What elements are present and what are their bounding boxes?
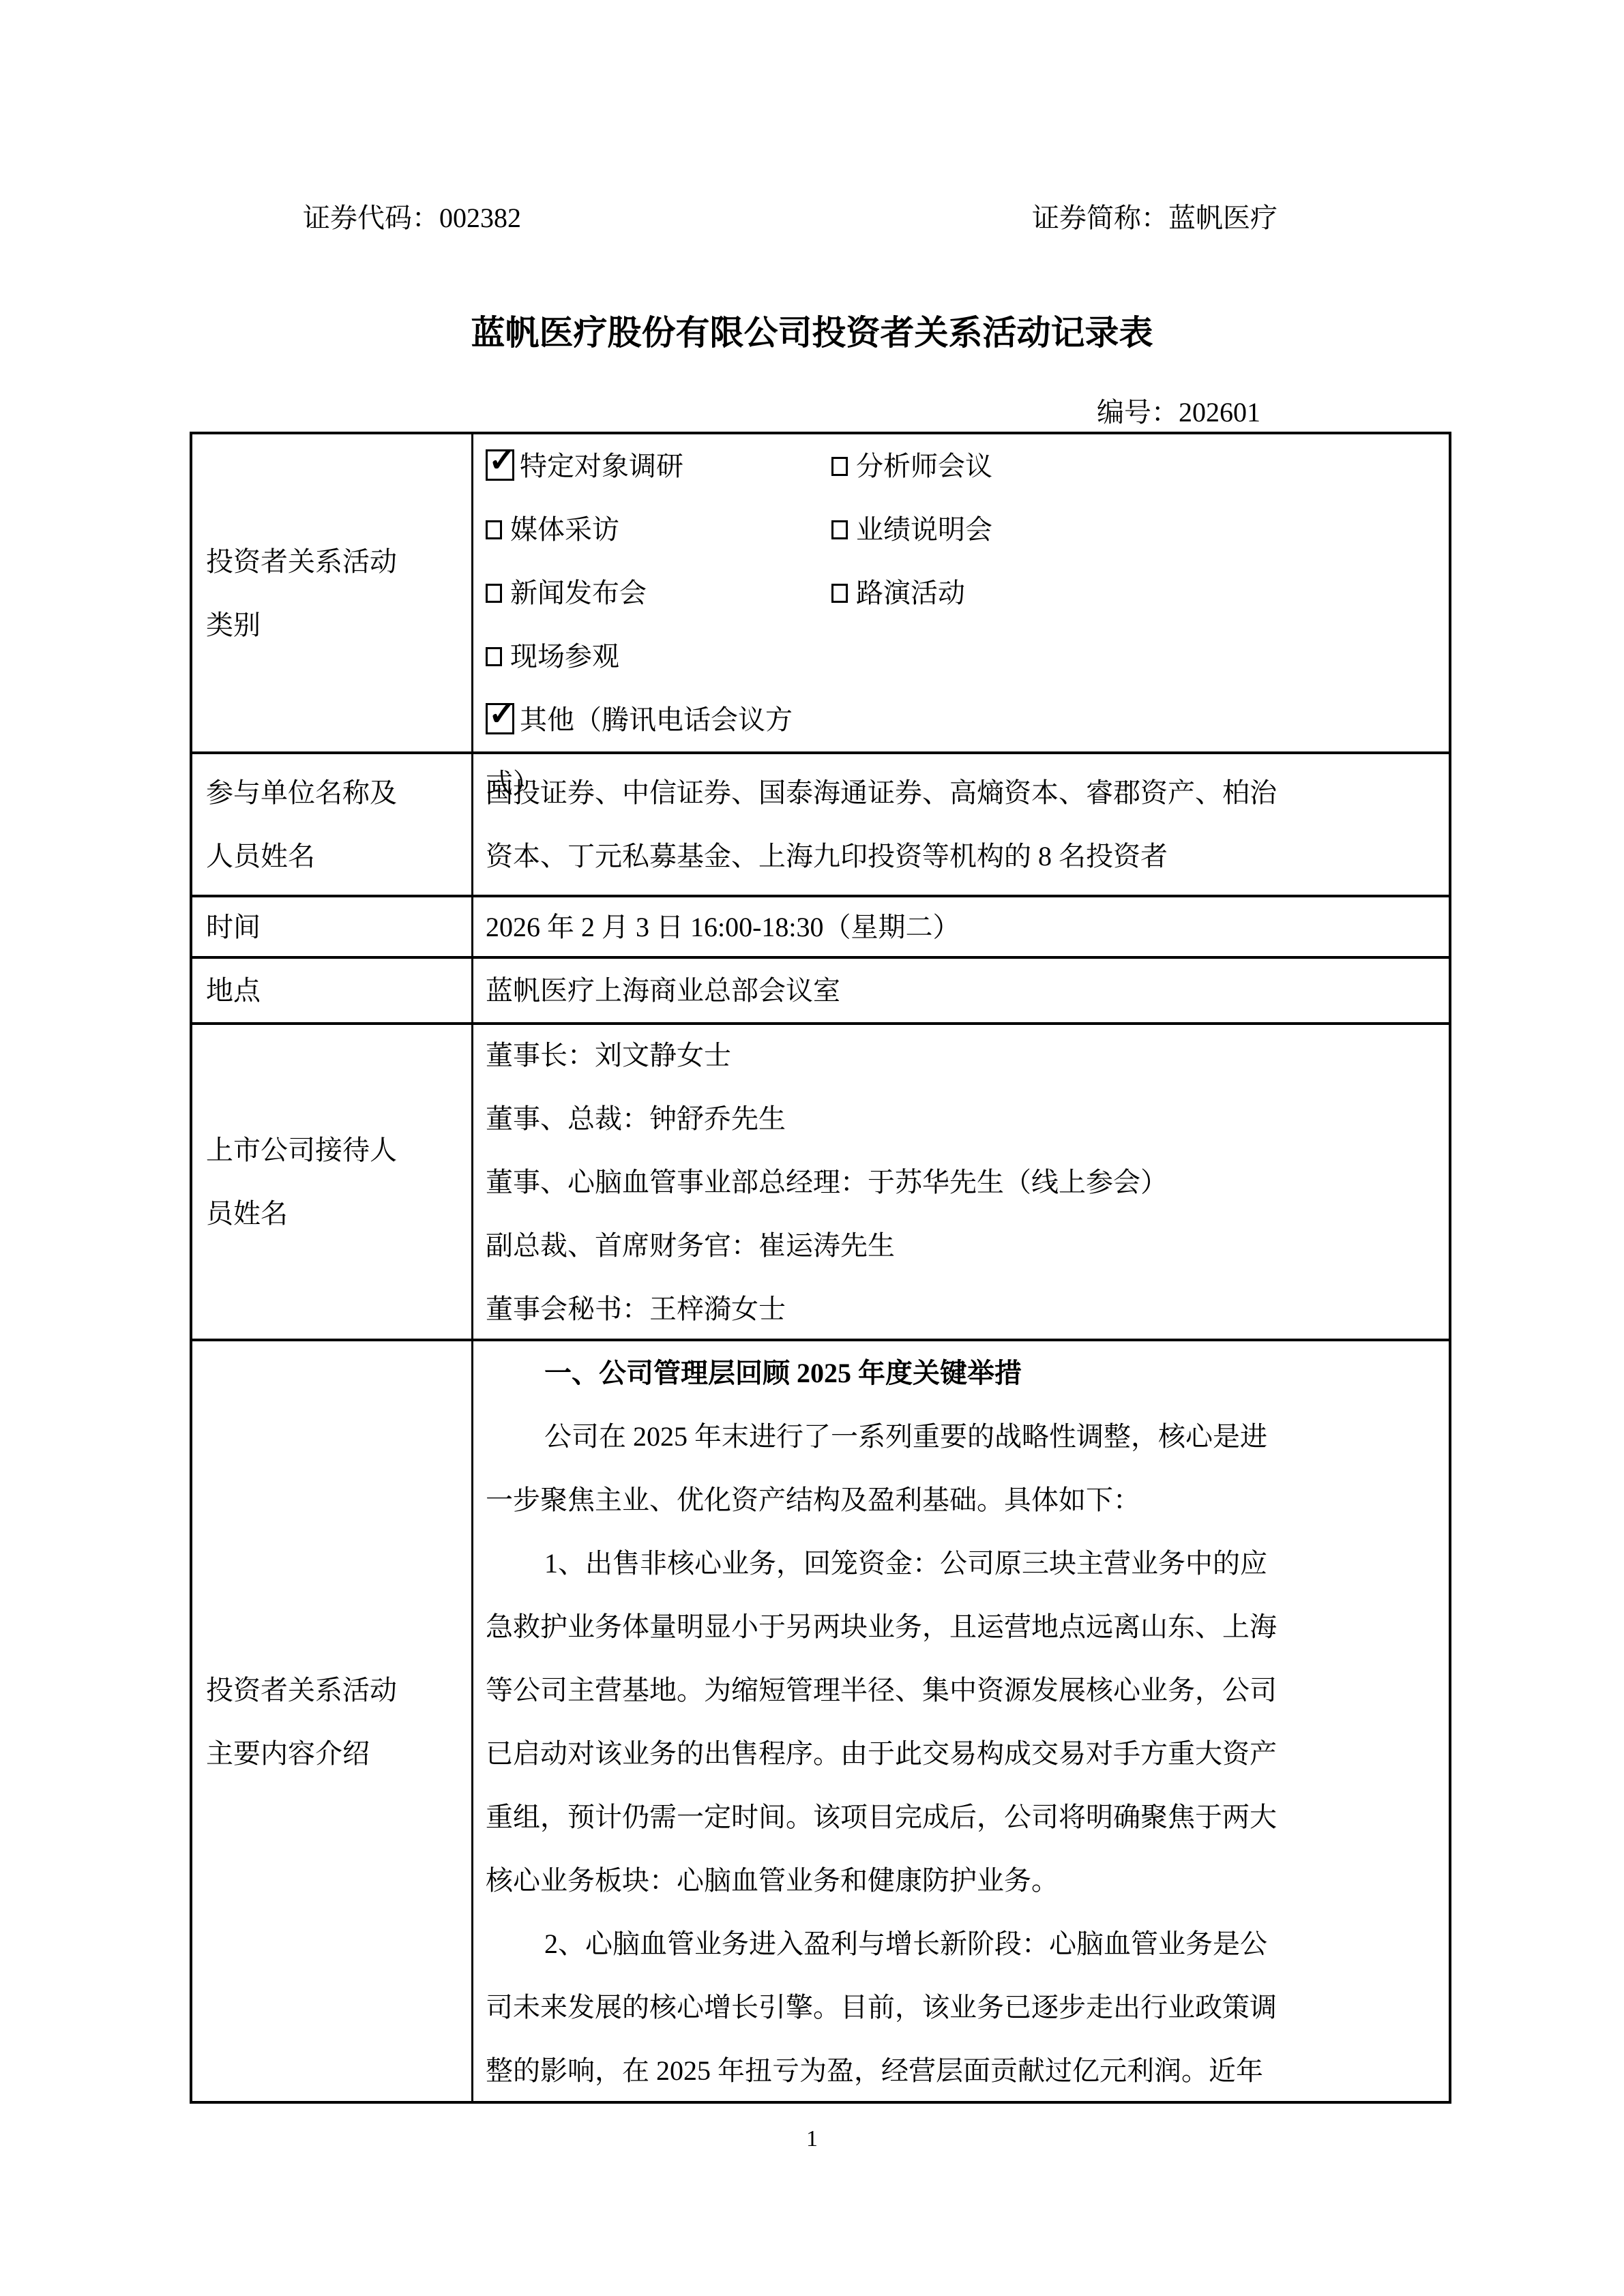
content-line: 核心业务板块：心脑血管业务和健康防护业务。 xyxy=(486,1849,1442,1912)
label-line: 投资者关系活动 xyxy=(206,530,471,593)
row-label-hosts: 上市公司接待人 员姓名 xyxy=(192,1025,473,1339)
option-label: 新闻发布会 xyxy=(510,578,647,608)
label-line: 投资者关系活动 xyxy=(206,1658,471,1722)
label-line: 类别 xyxy=(206,593,471,657)
option-item: 新闻发布会 xyxy=(486,561,831,625)
checkbox-checked-icon xyxy=(486,703,514,734)
option-label: 媒体采访 xyxy=(510,514,619,545)
checkbox-unchecked-icon xyxy=(486,584,502,603)
checkbox-unchecked-icon xyxy=(831,457,848,476)
content-line: 司未来发展的核心增长引擎。目前，该业务已逐步走出行业政策调 xyxy=(486,1976,1442,2039)
content-line: 董事、总裁：钟舒乔先生 xyxy=(486,1087,1442,1150)
content-line: 1、出售非核心业务，回笼资金：公司原三块主营业务中的应 xyxy=(486,1532,1442,1595)
option-line: 现场参观 xyxy=(486,625,1442,688)
content-line: 副总裁、首席财务官：崔运涛先生 xyxy=(486,1214,1442,1277)
row-label-content-intro: 投资者关系活动 主要内容介绍 xyxy=(192,1341,473,2102)
page-title: 蓝帆医疗股份有限公司投资者关系活动记录表 xyxy=(0,305,1624,355)
content-line: 资本、丁元私募基金、上海九印投资等机构的 8 名投资者 xyxy=(486,824,1442,888)
page-number: 1 xyxy=(0,2126,1624,2152)
checkbox-unchecked-icon xyxy=(831,584,848,603)
content-intro-body: 一、公司管理层回顾 2025 年度关键举措 公司在 2025 年末进行了一系列重… xyxy=(473,1341,1449,2102)
option-label: 路演活动 xyxy=(856,578,965,608)
content-line: 国投证券、中信证券、国泰海通证券、高熵资本、睿郡资产、柏治 xyxy=(486,761,1442,824)
label-line: 主要内容介绍 xyxy=(206,1722,471,1785)
stock-code-text: 证券代码：002382 xyxy=(303,196,521,235)
option-line: 特定对象调研分析师会议 xyxy=(486,434,1442,498)
content-line: 急救护业务体量明显小于另两块业务，且运营地点远离山东、上海 xyxy=(486,1595,1442,1658)
option-item: 现场参观 xyxy=(486,625,831,688)
ir-activity-table: 投资者关系活动 类别 特定对象调研分析师会议 媒体采访业绩说明会 新闻发布会路演… xyxy=(190,432,1451,2104)
table-row-participants: 参与单位名称及 人员姓名 国投证券、中信证券、国泰海通证券、高熵资本、睿郡资产、… xyxy=(192,751,1449,895)
option-item: 分析师会议 xyxy=(831,451,992,481)
label-line: 员姓名 xyxy=(206,1182,471,1245)
option-label: 分析师会议 xyxy=(856,451,992,481)
location-content: 蓝帆医疗上海商业总部会议室 xyxy=(473,959,1449,1022)
content-line: 董事会秘书：王梓漪女士 xyxy=(486,1277,1442,1341)
table-row-time: 时间 2026 年 2 月 3 日 16:00-18:30（星期二） xyxy=(192,895,1449,956)
content-line: 重组，预计仍需一定时间。该项目完成后，公司将明确聚焦于两大 xyxy=(486,1785,1442,1849)
option-label: 特定对象调研 xyxy=(520,451,683,481)
time-content: 2026 年 2 月 3 日 16:00-18:30（星期二） xyxy=(473,897,1449,956)
document-page: 证券代码：002382 证券简称：蓝帆医疗 蓝帆医疗股份有限公司投资者关系活动记… xyxy=(0,0,1624,2296)
stock-short-name-text: 证券简称：蓝帆医疗 xyxy=(1032,196,1278,235)
content-heading: 一、公司管理层回顾 2025 年度关键举措 xyxy=(486,1341,1442,1405)
row-label-participants: 参与单位名称及 人员姓名 xyxy=(192,754,473,895)
content-line: 整的影响，在 2025 年扭亏为盈，经营层面贡献过亿元利润。近年 xyxy=(486,2039,1442,2102)
content-line: 2026 年 2 月 3 日 16:00-18:30（星期二） xyxy=(486,895,1442,959)
content-line: 董事、心脑血管事业部总经理：于苏华先生（线上参会） xyxy=(486,1150,1442,1214)
row-label-activity-type: 投资者关系活动 类别 xyxy=(192,434,473,751)
table-row-hosts: 上市公司接待人 员姓名 董事长：刘文静女士 董事、总裁：钟舒乔先生 董事、心脑血… xyxy=(192,1022,1449,1339)
option-item: 特定对象调研 xyxy=(486,434,831,498)
label-line: 地点 xyxy=(206,959,471,1022)
checkbox-unchecked-icon xyxy=(486,647,502,666)
content-line: 等公司主营基地。为缩短管理半径、集中资源发展核心业务，公司 xyxy=(486,1658,1442,1722)
option-item: 媒体采访 xyxy=(486,498,831,561)
label-line: 人员姓名 xyxy=(206,824,471,888)
option-item: 业绩说明会 xyxy=(831,514,992,545)
participants-content: 国投证券、中信证券、国泰海通证券、高熵资本、睿郡资产、柏治 资本、丁元私募基金、… xyxy=(473,754,1449,895)
content-line: 已启动对该业务的出售程序。由于此交易构成交易对手方重大资产 xyxy=(486,1722,1442,1785)
checkbox-unchecked-icon xyxy=(486,520,502,539)
table-row-activity-type: 投资者关系活动 类别 特定对象调研分析师会议 媒体采访业绩说明会 新闻发布会路演… xyxy=(192,434,1449,751)
option-label: 业绩说明会 xyxy=(856,514,992,545)
content-line: 蓝帆医疗上海商业总部会议室 xyxy=(486,959,1442,1022)
option-item: 路演活动 xyxy=(831,578,965,608)
hosts-content: 董事长：刘文静女士 董事、总裁：钟舒乔先生 董事、心脑血管事业部总经理：于苏华先… xyxy=(473,1025,1449,1339)
content-line: 公司在 2025 年末进行了一系列重要的战略性调整，核心是进 xyxy=(486,1405,1442,1468)
label-line: 参与单位名称及 xyxy=(206,761,471,824)
checkbox-checked-icon xyxy=(486,449,514,481)
label-line: 时间 xyxy=(206,895,471,959)
row-label-time: 时间 xyxy=(192,897,473,956)
checkbox-unchecked-icon xyxy=(831,520,848,539)
content-line: 董事长：刘文静女士 xyxy=(486,1024,1442,1087)
option-label: 现场参观 xyxy=(510,641,619,672)
row-label-location: 地点 xyxy=(192,959,473,1022)
option-line: 媒体采访业绩说明会 xyxy=(486,498,1442,561)
table-row-location: 地点 蓝帆医疗上海商业总部会议室 xyxy=(192,956,1449,1022)
option-line: 新闻发布会路演活动 xyxy=(486,561,1442,625)
activity-type-options: 特定对象调研分析师会议 媒体采访业绩说明会 新闻发布会路演活动 现场参观 其他（… xyxy=(473,434,1449,751)
doc-number: 编号：202601 xyxy=(1097,391,1260,430)
content-line: 一步聚焦主业、优化资产结构及盈利基础。具体如下： xyxy=(486,1468,1442,1532)
table-row-content-intro: 投资者关系活动 主要内容介绍 一、公司管理层回顾 2025 年度关键举措 公司在… xyxy=(192,1339,1449,2102)
option-line: 其他（腾讯电话会议方式） xyxy=(486,688,1442,751)
content-line: 2、心脑血管业务进入盈利与增长新阶段：心脑血管业务是公 xyxy=(486,1912,1442,1976)
label-line: 上市公司接待人 xyxy=(206,1118,471,1182)
